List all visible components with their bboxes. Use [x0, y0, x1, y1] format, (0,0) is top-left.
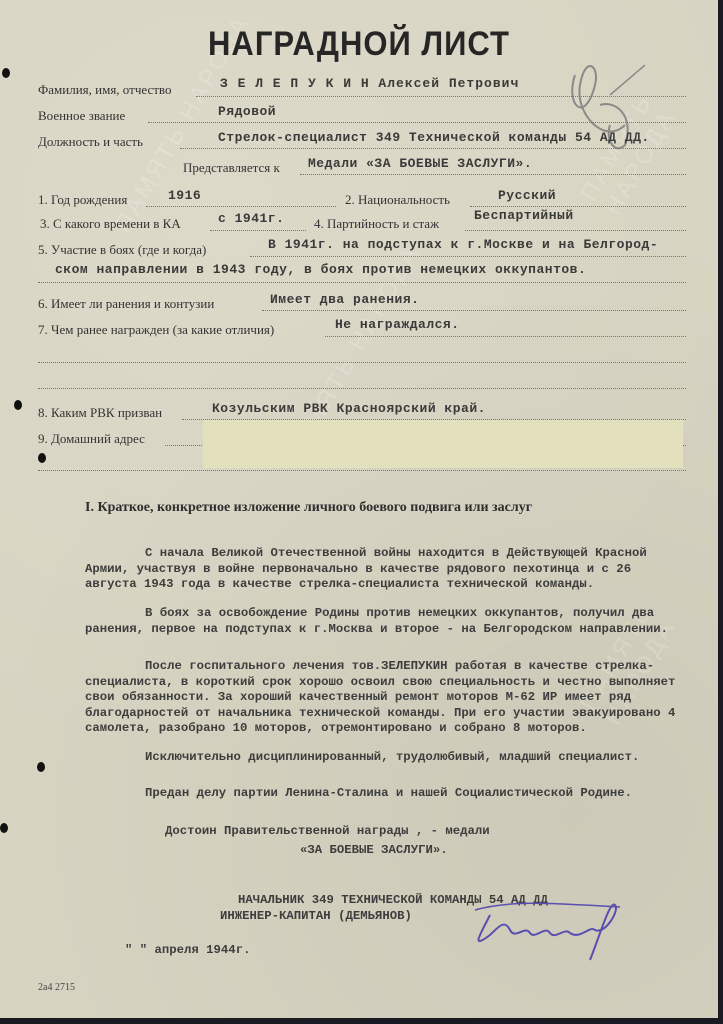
battles-value-2: ском направлении в 1943 году, в боях про…: [55, 262, 586, 277]
prev-awards-label: 7. Чем ранее награжден (за какие отличия…: [38, 322, 274, 338]
rank-label: Военное звание: [38, 108, 125, 124]
rvk-value: Козульским РВК Красноярский край.: [212, 401, 486, 416]
date: " " апреля 1944г.: [125, 943, 375, 959]
punch-hole: [0, 823, 8, 833]
address-label: 9. Домашний адрес: [38, 431, 145, 447]
battles-line-2: [38, 282, 686, 283]
nationality-value: Русский: [498, 188, 556, 203]
battles-value-1: В 1941г. на подступах к г.Москве и на Бе…: [268, 237, 658, 252]
birth-year-line: [146, 206, 336, 207]
blank-line: [38, 362, 686, 363]
party-value: Беспартийный: [474, 208, 574, 223]
position-label: Должность и часть: [38, 134, 143, 150]
paragraph: С начала Великой Отечественной войны нах…: [85, 546, 690, 593]
punch-hole: [14, 400, 22, 410]
wounds-label: 6. Имеет ли ранения и контузии: [38, 296, 214, 312]
battles-line-1: [250, 256, 686, 257]
nationality-line: [470, 206, 686, 207]
birth-year-label: 1. Год рождения: [38, 192, 127, 208]
pencil-number-mark: [555, 45, 665, 165]
blank-line: [38, 388, 686, 389]
section-title: I. Краткое, конкретное изложение личного…: [85, 500, 532, 516]
party-label: 4. Партийность и стаж: [314, 216, 439, 232]
prev-awards-value: Не награждался.: [335, 317, 460, 332]
position-value: Стрелок-специалист 349 Технической коман…: [218, 130, 650, 145]
conclusion-line-2: «ЗА БОЕВЫЕ ЗАСЛУГИ».: [300, 843, 600, 859]
ka-since-label: 3. С какого времени в КА: [40, 216, 181, 232]
punch-hole: [2, 68, 10, 78]
wounds-line: [262, 310, 686, 311]
birth-year-value: 1916: [168, 188, 201, 203]
party-line: [465, 230, 686, 231]
award-sheet-page: ПАМЯТЬ НАРОДА ПАМЯТЬ НАРОДА ПАМЯТЬ НАРОД…: [0, 0, 718, 1018]
rank-value: Рядовой: [218, 104, 276, 119]
conclusion-line-1: Достоин Правительственной награды , - ме…: [165, 824, 665, 840]
fio-label: Фамилия, имя, отчество: [38, 82, 171, 98]
prev-awards-line: [325, 336, 686, 337]
rank-line: [148, 122, 686, 123]
punch-hole: [37, 762, 45, 772]
rvk-label: 8. Каким РВК призван: [38, 405, 162, 421]
ka-since-value: с 1941г.: [218, 211, 284, 226]
nominated-label: Представляется к: [183, 160, 280, 176]
paragraph: Исключительно дисциплинированный, трудол…: [85, 750, 690, 766]
paragraph: В боях за освобождение Родины против нем…: [85, 606, 690, 637]
fio-value: З Е Л Е П У К И Н Алексей Петрович: [220, 76, 519, 91]
battles-label: 5. Участие в боях (где и когда): [38, 242, 206, 258]
punch-hole: [38, 453, 46, 463]
address-line-2: [38, 470, 686, 471]
wounds-value: Имеет два ранения.: [270, 292, 419, 307]
fio-line: [196, 96, 686, 97]
footer-code: 2а4 2715: [38, 982, 75, 993]
nominated-line: [300, 174, 686, 175]
signature: [470, 895, 640, 965]
nationality-label: 2. Национальность: [345, 192, 450, 208]
ka-since-line: [210, 230, 306, 231]
position-line: [180, 148, 686, 149]
nominated-value: Медали «ЗА БОЕВЫЕ ЗАСЛУГИ».: [308, 156, 532, 171]
paragraph: После госпитального лечения тов.ЗЕЛЕПУКИ…: [85, 659, 690, 737]
address-redaction: [203, 420, 683, 468]
paragraph: Предан делу партии Ленина-Сталина и наше…: [85, 786, 690, 802]
